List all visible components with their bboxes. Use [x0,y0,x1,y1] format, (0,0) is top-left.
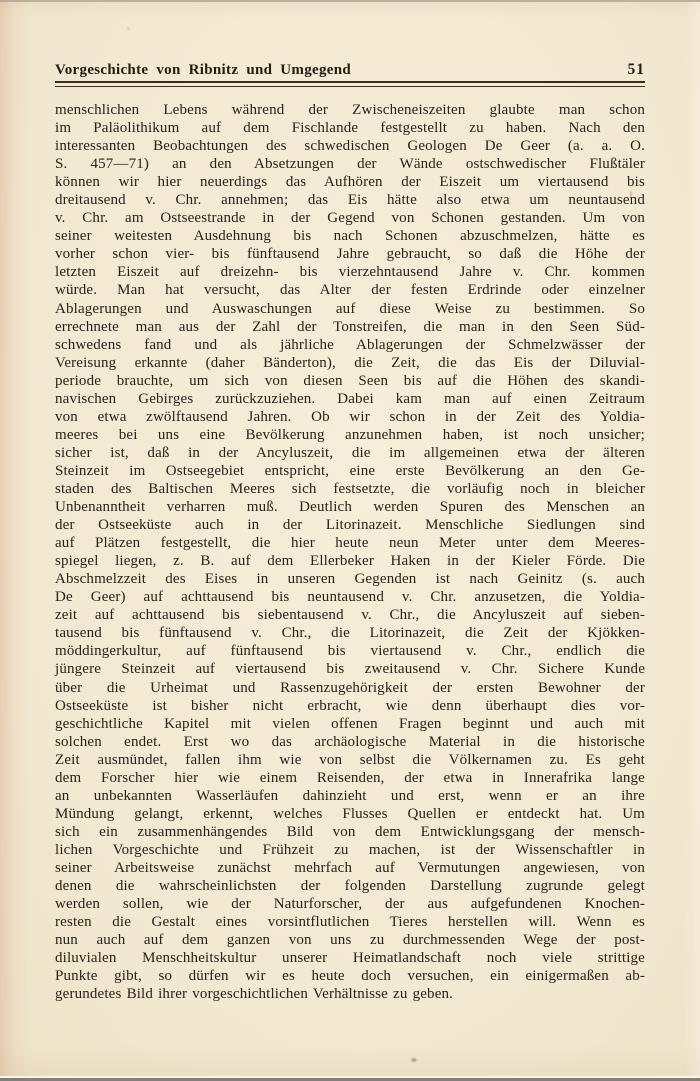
text-line: würde. Man hat versucht, das Alter der f… [55,281,645,299]
running-header-title: Vorgeschichte von Ribnitz und Umgegend [55,62,351,79]
book-page: Vorgeschichte von Ribnitz und Umgegend 5… [0,0,700,1081]
text-line: werden sollen, wie der Naturforscher, de… [55,895,645,913]
text-line: Steinzeit im Ostseegebiet entspricht, ei… [55,462,645,480]
text-line: staden des Baltischen Meeres sich festse… [55,480,645,498]
text-line: S. 457—71) an den Absetzungen der Wände … [55,155,645,173]
paper-stain [410,1057,418,1063]
text-line: sicher ist, daß in der Ancyluszeit, die … [55,444,645,462]
text-line: auf Plätzen festgestellt, die hier heute… [55,534,645,552]
text-line: spiegel liegen, z. B. auf dem Ellerbeker… [55,552,645,570]
text-line: denen die wahrscheinlichsten der folgend… [55,877,645,895]
text-line: navischen Gebirges zurückzuziehen. Dabei… [55,390,645,408]
text-line: gerundetes Bild ihrer vorgeschichtlichen… [55,985,645,1003]
body-text: menschlichen Lebens während der Zwischen… [55,101,645,1003]
text-line: periode brauchte, um sich von diesen See… [55,372,645,390]
text-line: Punkte gibt, so dürfen wir es heute doch… [55,967,645,985]
text-line: Unbenanntheit verharren muß. Deutlich we… [55,498,645,516]
text-line: seiner weitesten Ausdehnung bis nach Sch… [55,227,645,245]
text-line: Vereisung erkannte (daher Bänderton), di… [55,354,645,372]
text-line: lichen Vorgeschichte und Frühzeit zu mac… [55,841,645,859]
text-line: De Geer) auf achttausend bis neuntausend… [55,588,645,606]
text-line: möddingerkultur, auf fünftausend bis vie… [55,642,645,660]
scan-top-edge [0,0,700,2]
text-line: Abschmelzzeit des Eises in unseren Gegen… [55,570,645,588]
text-line: nun auch auf dem ganzen von uns zu durch… [55,931,645,949]
text-line: resten die Gestalt eines vorsintflutlich… [55,913,645,931]
text-line: seiner Arbeitsweise zunächst mehrfach au… [55,859,645,877]
text-line: dreitausend v. Chr. annehmen; das Eis hä… [55,191,645,209]
text-line: solchen endet. Erst wo das archäologisch… [55,733,645,751]
text-line: vorher schon vier- bis fünftausend Jahre… [55,245,645,263]
text-line: v. Chr. am Ostseestrande in der Gegend v… [55,209,645,227]
text-line: jüngere Steinzeit auf viertausend bis zw… [55,660,645,678]
text-line: tausend bis fünftausend v. Chr., die Lit… [55,624,645,642]
text-line: Mündung gelangt, erkennt, welches Flusse… [55,805,645,823]
text-line: von etwa zwölftausend Jahren. Ob wir sch… [55,408,645,426]
text-line: letzten Eiszeit auf dreizehn- bis vierze… [55,263,645,281]
text-line: dem Forscher hier wie einem Reisenden, d… [55,769,645,787]
header-double-rule [55,81,645,87]
text-line: im Paläolithikum auf dem Fischlande fest… [55,119,645,137]
text-line: sich ein zusammenhängendes Bild von dem … [55,823,645,841]
text-line: interessanten Beobachtungen des schwedis… [55,137,645,155]
text-line: meeres bei uns eine Bevölkerung anzunehm… [55,426,645,444]
running-header: Vorgeschichte von Ribnitz und Umgegend 5… [55,61,645,79]
text-line: errechnete man aus der Zahl der Tonstrei… [55,318,645,336]
text-line: zeit auf achttausend bis siebentausend v… [55,606,645,624]
text-line: diluvialen Menschheitskultur unserer Hei… [55,949,645,967]
paper-stain [126,26,131,31]
page-number: 51 [628,61,646,79]
text-line: Zeit ausmündet, fallen ihm wie von selbs… [55,751,645,769]
text-line: schwedens fand und als jährliche Ablager… [55,336,645,354]
text-line: menschlichen Lebens während der Zwischen… [55,101,645,119]
text-line: über die Urheimat und Rassenzugehörigkei… [55,679,645,697]
text-line: geschichtliche Kapitel mit vielen offene… [55,715,645,733]
text-line: Ostseeküste ist bisher nicht erbracht, w… [55,697,645,715]
text-line: der Ostseeküste auch in der Litorinazeit… [55,516,645,534]
text-line: Ablagerungen und Auswaschungen auf diese… [55,300,645,318]
text-line: können wir hier neuerdings das Aufhören … [55,173,645,191]
text-line: an unbekannten Wasserläufen dahinzieht u… [55,787,645,805]
